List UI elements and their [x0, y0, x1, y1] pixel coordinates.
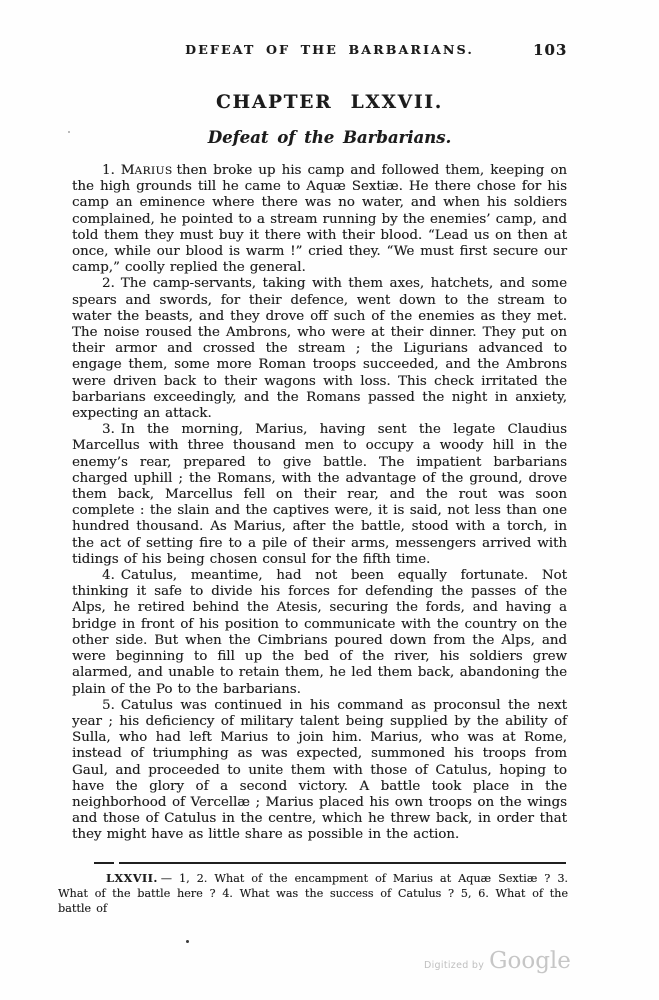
footnote: LXXVII.— 1, 2. What of the encampment of… [58, 871, 568, 916]
footnote-divider-rule [94, 862, 566, 864]
smallcaps-rest: ARIUS [135, 165, 173, 177]
paragraph-number: 3. [102, 422, 115, 437]
chapter-subtitle: Defeat of the Barbarians. [0, 128, 659, 147]
digitized-by-label: Digitized by [424, 960, 484, 971]
paragraph: 3.In the morning, Marius, having sent th… [72, 422, 567, 568]
paragraph-text: Catulus was continued in his command as … [72, 698, 567, 843]
paragraph-text: Catulus, meantime, had not been equally … [72, 568, 567, 696]
google-logo: Google [489, 948, 571, 974]
chapter-heading: CHAPTER LXXVII. [0, 92, 659, 113]
paragraph: 1.MARIUSthen broke up his camp and follo… [72, 163, 567, 276]
running-head: DEFEAT OF THE BARBARIANS. 103 [0, 42, 659, 60]
google-watermark: Digitized by Google [424, 948, 571, 974]
paragraph: 4.Catulus, meantime, had not been equall… [72, 568, 567, 698]
paragraph-number: 4. [102, 568, 115, 583]
paragraph-number: 2. [102, 276, 115, 291]
smallcaps-word: MARIUS [121, 163, 173, 178]
paragraph: 2.The camp-servants, taking with them ax… [72, 276, 567, 422]
body-text: 1.MARIUSthen broke up his camp and follo… [72, 163, 567, 844]
ink-speck-artifact [186, 940, 189, 943]
ink-speck-artifact [68, 131, 70, 133]
paragraph-text: The camp-servants, taking with them axes… [72, 276, 567, 421]
paragraph-text: then broke up his camp and followed them… [72, 163, 567, 275]
footnote-label: LXXVII. [106, 871, 158, 885]
page-number: 103 [533, 41, 567, 59]
paragraph-number: 1. [102, 163, 115, 178]
paragraph: 5.Catulus was continued in his command a… [72, 698, 567, 844]
paragraph-text: In the morning, Marius, having sent the … [72, 422, 567, 567]
book-page: DEFEAT OF THE BARBARIANS. 103 CHAPTER LX… [0, 0, 659, 1000]
smallcaps-initial: M [121, 163, 135, 178]
running-title: DEFEAT OF THE BARBARIANS. [185, 42, 474, 57]
paragraph-number: 5. [102, 698, 115, 713]
